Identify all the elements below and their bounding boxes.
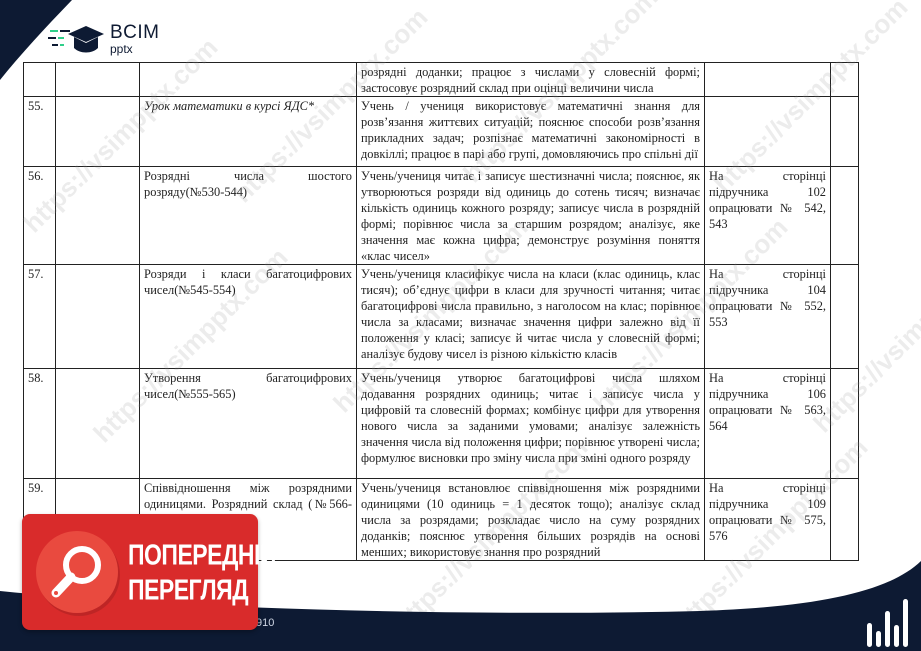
preview-label-line2: ПЕРЕГЛЯД [128, 572, 276, 607]
lesson-notes [831, 369, 859, 479]
lesson-topic: Урок математики в курсі ЯДС* [140, 97, 357, 167]
lesson-outcomes: Учень/учениця утворює багатоцифрові числ… [357, 369, 705, 479]
footer-page-number: 910 [256, 617, 274, 629]
table-row: розрядні доданки; працює з числами у сло… [24, 63, 859, 97]
lesson-homework: Насторінціпідручника 106 опрацювати № 56… [705, 369, 831, 479]
lesson-outcomes: Учень/учениця читає і записує шестизначн… [357, 167, 705, 265]
lesson-number: 58. [24, 369, 56, 479]
lesson-plan-table: розрядні доданки; працює з числами у сло… [23, 62, 859, 561]
lesson-date [56, 265, 140, 369]
lesson-topic: Розрядні числа шостого розряду(№530-544) [140, 167, 357, 265]
lesson-homework [705, 63, 831, 97]
preview-label-line1: ПОПЕРЕДНІЙ [128, 537, 276, 572]
lesson-outcomes: розрядні доданки; працює з числами у сло… [357, 63, 705, 97]
lesson-homework [705, 97, 831, 167]
lesson-homework: Насторінціпідручника 109 опрацювати № 57… [705, 479, 831, 561]
lesson-number [24, 63, 56, 97]
lesson-date [56, 369, 140, 479]
homework-line1: Насторінці [709, 266, 826, 282]
lesson-topic: Утворення багатоцифрових чисел(№555-565) [140, 369, 357, 479]
homework-text: підручника 106 опрацювати № 563, 564 [709, 386, 826, 434]
lesson-number: 57. [24, 265, 56, 369]
table-row: 56. Розрядні числа шостого розряду(№530-… [24, 167, 859, 265]
homework-line1: Насторінці [709, 168, 826, 184]
magnifier-icon [36, 531, 118, 613]
table-row: 57. Розряди і класи багатоцифрових чисел… [24, 265, 859, 369]
lesson-outcomes: Учень/учениця встановлює співвідношення … [357, 479, 705, 561]
logo-title: BCIM [110, 23, 160, 42]
homework-text: підручника 104 опрацювати № 552, 553 [709, 282, 826, 330]
lesson-number: 56. [24, 167, 56, 265]
lesson-notes [831, 479, 859, 561]
table-row: 55. Урок математики в курсі ЯДС* Учень /… [24, 97, 859, 167]
lesson-number: 55. [24, 97, 56, 167]
logo-subtitle: pptx [110, 43, 160, 55]
lesson-topic [140, 63, 357, 97]
lesson-homework: Насторінціпідручника 102 опрацювати № 54… [705, 167, 831, 265]
lesson-notes [831, 167, 859, 265]
lesson-homework: Насторінціпідручника 104 опрацювати № 55… [705, 265, 831, 369]
lesson-notes [831, 97, 859, 167]
lesson-topic: Розряди і класи багатоцифрових чисел(№54… [140, 265, 357, 369]
homework-text: підручника 102 опрацювати № 542, 543 [709, 184, 826, 232]
lesson-outcomes: Учень/учениця класифікує числа на класи … [357, 265, 705, 369]
table-row: 58. Утворення багатоцифрових чисел(№555-… [24, 369, 859, 479]
homework-line1: Насторінці [709, 480, 826, 496]
lesson-date [56, 97, 140, 167]
homework-text: підручника 109 опрацювати № 575, 576 [709, 496, 826, 544]
site-logo[interactable]: BCIM pptx [48, 22, 160, 56]
lesson-outcomes: Учень / учениця використовує математичні… [357, 97, 705, 167]
lesson-date [56, 63, 140, 97]
lesson-notes [831, 265, 859, 369]
graduation-cap-icon [48, 22, 104, 56]
homework-line1: Насторінці [709, 370, 826, 386]
lesson-date [56, 167, 140, 265]
equalizer-bars-icon [843, 587, 913, 647]
lesson-notes [831, 63, 859, 97]
preview-badge-button[interactable]: ПОПЕРЕДНІЙ ПЕРЕГЛЯД [22, 514, 258, 630]
